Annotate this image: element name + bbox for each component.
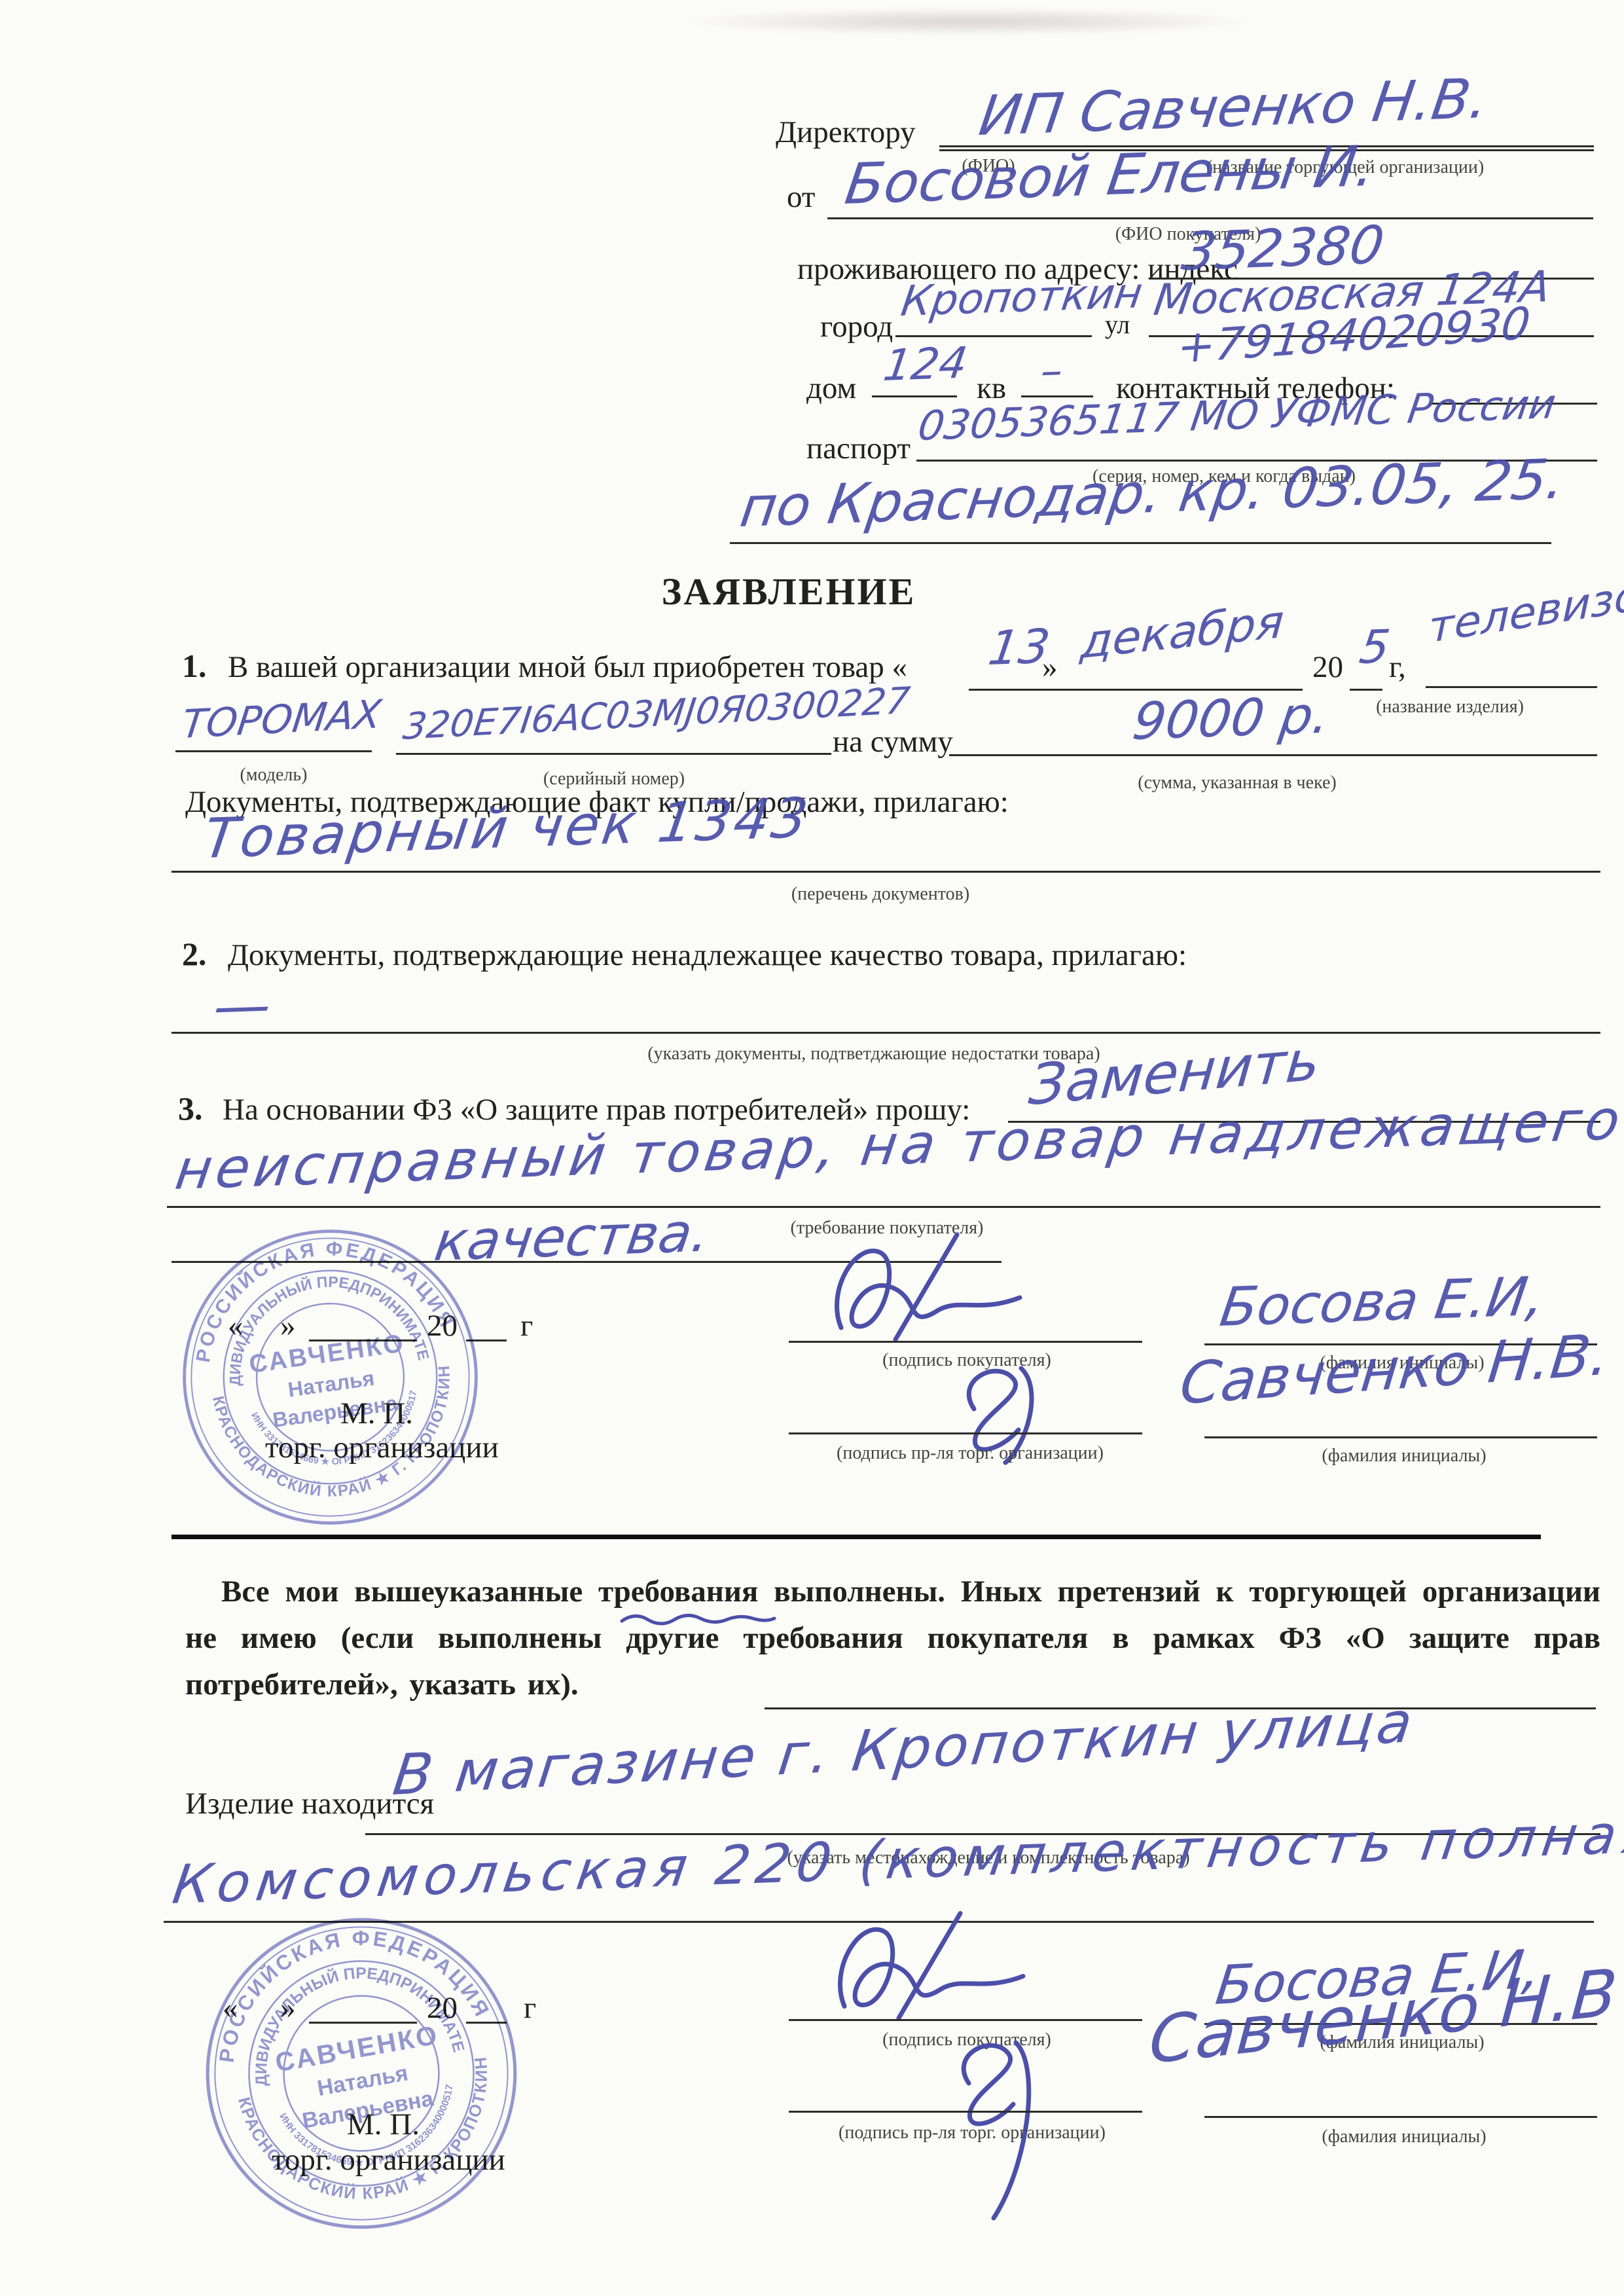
house-label: дом bbox=[806, 371, 856, 406]
item1-number: 1. bbox=[182, 647, 207, 685]
item1-year-suffix: г, bbox=[1389, 649, 1406, 685]
product-name-line bbox=[1426, 646, 1597, 688]
street-label: ул bbox=[1105, 309, 1130, 340]
product-name: телевизор bbox=[1428, 566, 1624, 653]
b1-buyer-sign-line bbox=[789, 1309, 1142, 1343]
b1-seller-sign-sublabel: (подпись пр-ля торг. организации) bbox=[837, 1443, 1104, 1464]
scan-smudge bbox=[681, 8, 1257, 35]
pen-wavy-mark bbox=[619, 1611, 779, 1629]
from-label: от bbox=[787, 179, 815, 215]
addressee-label: Директору bbox=[776, 115, 916, 150]
b1-god: г bbox=[520, 1308, 533, 1343]
item2-text: Документы, подтверждающие ненадлежащее к… bbox=[228, 938, 1187, 973]
section-divider bbox=[171, 1535, 1541, 1539]
scanned-application-form: Директору ИП Савченко Н.В. (ФИО) (назван… bbox=[0, 0, 1624, 2296]
city-label: город bbox=[820, 309, 893, 344]
b1-seller-name-sublabel: (фамилия инициалы) bbox=[1322, 1446, 1486, 1467]
page-title: ЗАЯВЛЕНИЕ bbox=[662, 570, 916, 613]
purchase-year: 5 bbox=[1356, 619, 1393, 674]
b2-seller-sign-sublabel: (подпись пр-ля торг. организации) bbox=[839, 2123, 1106, 2143]
b2-seller-name-line bbox=[1204, 2085, 1597, 2118]
b2-seller-name-sublabel: (фамилия инициалы) bbox=[1322, 2126, 1486, 2147]
round-stamp-top: РОССИЙСКАЯ ФЕДЕРАЦИЯ КРАСНОДАРСКИЙ КРАЙ … bbox=[178, 1222, 482, 1533]
docs-sublabel: (перечень документов) bbox=[791, 884, 969, 905]
b2-buyer-sign-line bbox=[789, 1988, 1142, 2021]
house-value: 124 bbox=[880, 338, 971, 391]
item1-text: В вашей организации мной был приобретен … bbox=[228, 649, 907, 685]
item1-year-prefix: 20 bbox=[1312, 649, 1343, 685]
sum-label: на сумму bbox=[833, 724, 953, 759]
sum-value: 9000 р. bbox=[1129, 686, 1333, 752]
sum-sublabel: (сумма, указанная в чеке) bbox=[1138, 773, 1336, 793]
item2-number: 2. bbox=[182, 935, 207, 973]
item1-quote-close: » bbox=[1042, 649, 1058, 685]
round-stamp-bottom: РОССИЙСКАЯ ФЕДЕРАЦИЯ КРАСНОДАРСКИЙ КРАЙ … bbox=[185, 1913, 538, 2234]
b2-seller-sign-line bbox=[789, 2079, 1142, 2113]
model-sublabel: (модель) bbox=[240, 765, 308, 786]
passport-label: паспорт bbox=[806, 431, 911, 466]
item2-line bbox=[171, 993, 1600, 1034]
item3-number: 3. bbox=[178, 1089, 203, 1127]
stamp-name-surname: САВЧЕНКО bbox=[247, 1329, 406, 1379]
b1-seller-sign-line bbox=[789, 1401, 1142, 1434]
